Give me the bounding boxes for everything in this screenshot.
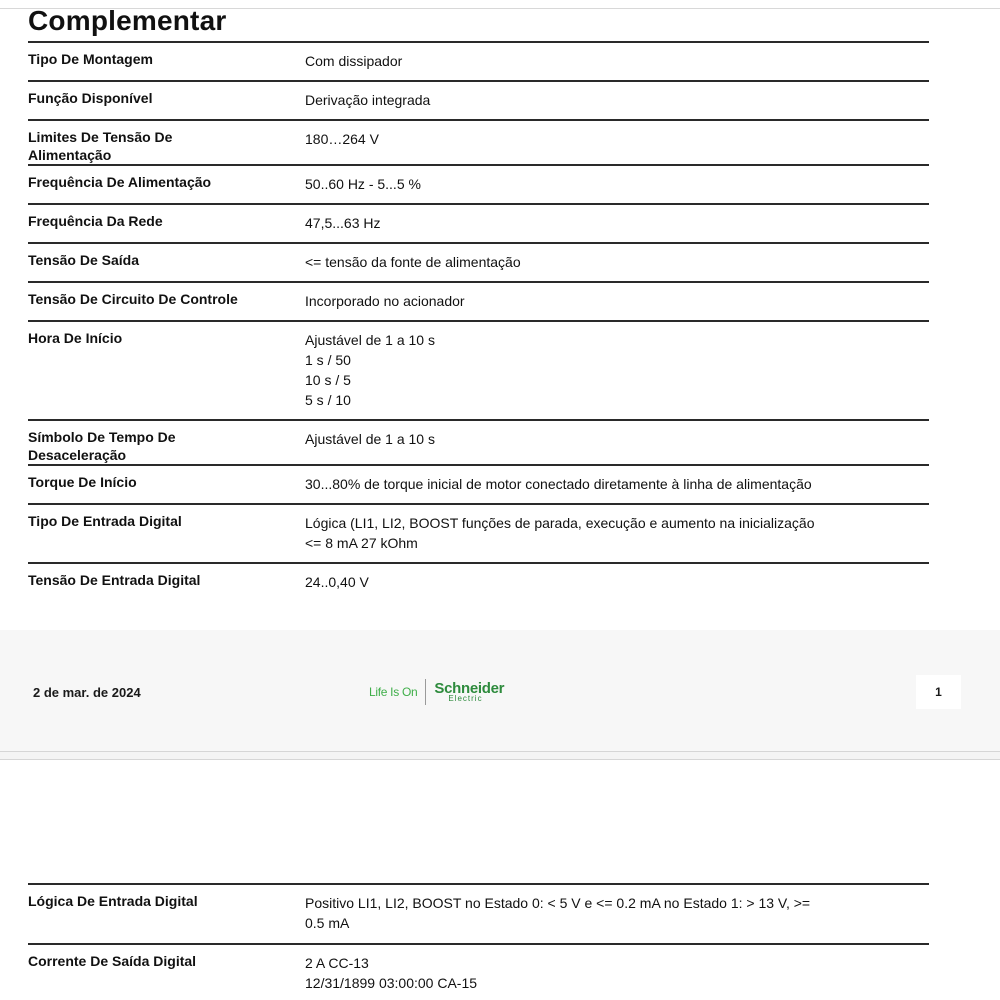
spec-row: Tipo De Montagem Com dissipador	[28, 41, 929, 80]
spec-value: Incorporado no acionador	[305, 291, 905, 311]
spec-label: Frequência Da Rede	[28, 212, 278, 230]
spec-value: 2 A CC-13 12/31/1899 03:00:00 CA-15	[305, 953, 905, 993]
spec-value: Ajustável de 1 a 10 s	[305, 429, 905, 449]
spec-label: Tensão De Saída	[28, 251, 278, 269]
footer-date: 2 de mar. de 2024	[33, 684, 143, 701]
spec-row: Tensão De Entrada Digital 24..0,40 V	[28, 562, 929, 601]
spec-label: Símbolo De Tempo De Desaceleração	[28, 428, 228, 464]
brand-logo: Life Is On Schneider Electric	[369, 679, 504, 705]
spec-row: Frequência De Alimentação 50..60 Hz - 5.…	[28, 164, 929, 203]
spec-label: Hora De Início	[28, 329, 278, 347]
spec-label: Limites De Tensão De Alimentação	[28, 128, 228, 164]
spec-value: Derivação integrada	[305, 90, 905, 110]
spec-row: Símbolo De Tempo De Desaceleração Ajustá…	[28, 419, 929, 464]
spec-row: Corrente De Saída Digital 2 A CC-13 12/3…	[28, 943, 929, 1000]
spec-row: Limites De Tensão De Alimentação 180…264…	[28, 119, 929, 164]
brand-divider	[425, 679, 426, 705]
spec-value: Positivo LI1, LI2, BOOST no Estado 0: < …	[305, 893, 905, 933]
spec-row: Função Disponível Derivação integrada	[28, 80, 929, 119]
spec-label: Corrente De Saída Digital	[28, 952, 278, 970]
spec-value: Ajustável de 1 a 10 s 1 s / 50 10 s / 5 …	[305, 330, 905, 410]
spec-value: <= tensão da fonte de alimentação	[305, 252, 905, 272]
page-separator	[0, 752, 1000, 760]
spec-label: Função Disponível	[28, 89, 278, 107]
spec-value: 180…264 V	[305, 129, 905, 149]
spec-value: 24..0,40 V	[305, 572, 905, 592]
brand-sub: Electric	[448, 695, 504, 703]
spec-value: Lógica (LI1, LI2, BOOST funções de parad…	[305, 513, 905, 553]
section-title: Complementar	[28, 3, 226, 39]
spec-row: Torque De Início 30...80% de torque inic…	[28, 464, 929, 503]
spec-value: Com dissipador	[305, 51, 905, 71]
spec-row: Tensão De Circuito De Controle Incorpora…	[28, 281, 929, 320]
page-number: 1	[916, 675, 961, 709]
spec-row: Lógica De Entrada Digital Positivo LI1, …	[28, 883, 929, 943]
spec-label: Tensão De Circuito De Controle	[28, 290, 278, 308]
spec-label: Lógica De Entrada Digital	[28, 892, 278, 910]
spec-label: Tipo De Entrada Digital	[28, 512, 278, 530]
spec-label: Torque De Início	[28, 473, 278, 491]
spec-row: Tipo De Entrada Digital Lógica (LI1, LI2…	[28, 503, 929, 562]
spec-value: 47,5...63 Hz	[305, 213, 905, 233]
spec-row: Hora De Início Ajustável de 1 a 10 s 1 s…	[28, 320, 929, 419]
spec-value: 30...80% de torque inicial de motor cone…	[305, 474, 905, 494]
schneider-electric-logo: Schneider Electric	[434, 681, 504, 703]
spec-row: Tensão De Saída <= tensão da fonte de al…	[28, 242, 929, 281]
spec-row: Frequência Da Rede 47,5...63 Hz	[28, 203, 929, 242]
page-footer: 2 de mar. de 2024 Life Is On Schneider E…	[0, 630, 1000, 752]
spec-label: Tensão De Entrada Digital	[28, 571, 278, 589]
spec-label: Tipo De Montagem	[28, 50, 278, 68]
spec-value: 50..60 Hz - 5...5 %	[305, 174, 905, 194]
spec-label: Frequência De Alimentação	[28, 173, 278, 191]
brand-tagline: Life Is On	[369, 685, 425, 699]
